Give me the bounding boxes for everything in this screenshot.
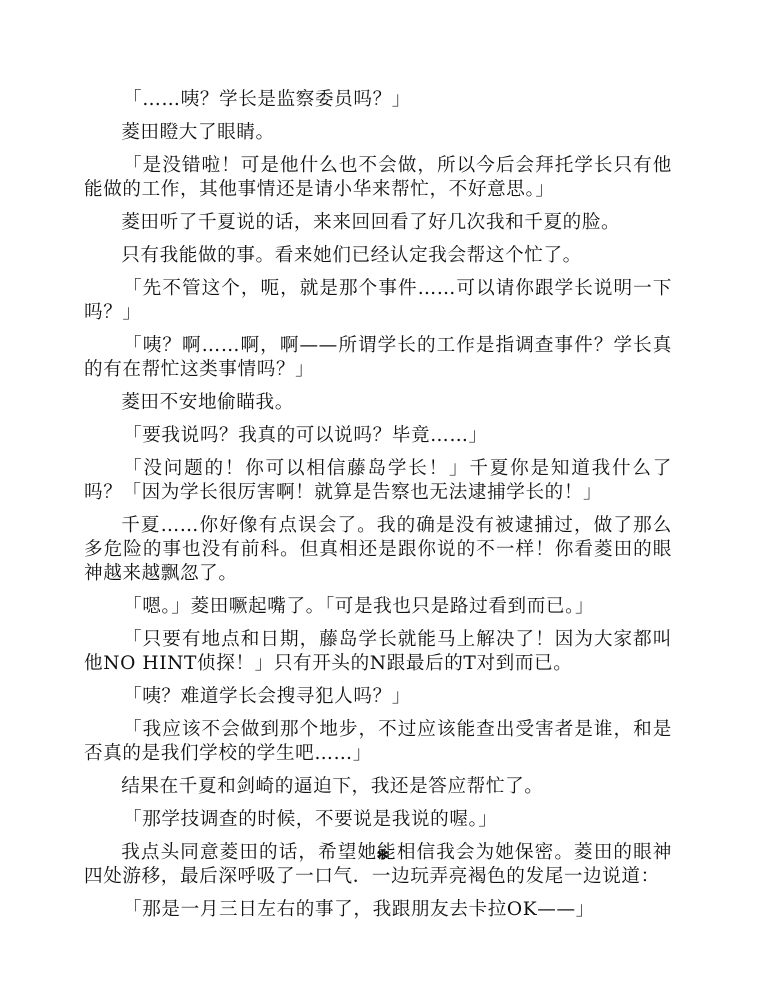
paragraph: 「只要有地点和日期，藤岛学长就能马上解决了！因为大家都叫他NO HINT侦探！」… (84, 628, 672, 676)
paragraph: 「要我说吗？我真的可以说吗？毕竟……」 (84, 424, 672, 448)
paragraph: 「先不管这个，呃，就是那个事件……可以请你跟学长说明一下吗？」 (84, 277, 672, 325)
paragraph: 「……咦？学长是监察委员吗？」 (84, 88, 672, 112)
paragraph: 「咦？难道学长会搜寻犯人吗？」 (84, 685, 672, 709)
paragraph: 千夏……你好像有点误会了。我的确是没有被逮捕过，做了那么多危险的事也没有前科。但… (84, 514, 672, 586)
paragraph: 菱田听了千夏说的话，来来回回看了好几次我和千夏的脸。 (84, 211, 672, 235)
document-page: 「……咦？学长是监察委员吗？」 菱田瞪大了眼睛。 「是没错啦！可是他什么也不会做… (84, 88, 672, 931)
paragraph: 只有我能做的事。看来她们已经认定我会帮这个忙了。 (84, 244, 672, 268)
paragraph: 「是没错啦！可是他什么也不会做，所以今后会拜托学长只有他能做的工作，其他事情还是… (84, 154, 672, 202)
paragraph: 「咦？啊……啊，啊——所谓学长的工作是指调查事件？学长真的有在帮忙这类事情吗？」 (84, 334, 672, 382)
section-break: * (0, 846, 765, 872)
paragraph: 菱田瞪大了眼睛。 (84, 121, 672, 145)
paragraph: 「那是一月三日左右的事了，我跟朋友去卡拉OK——」 (84, 898, 672, 922)
paragraph: 「没问题的！你可以相信藤岛学长！」千夏你是知道我什么了吗？「因为学长很厉害啊！就… (84, 457, 672, 505)
paragraph: 「那学技调查的时候，不要说是我说的喔。」 (84, 808, 672, 832)
paragraph: 结果在千夏和剑崎的逼迫下，我还是答应帮忙了。 (84, 775, 672, 799)
paragraph: 菱田不安地偷瞄我。 (84, 391, 672, 415)
paragraph: 「我应该不会做到那个地步，不过应该能查出受害者是谁，和是否真的是我们学校的学生吧… (84, 718, 672, 766)
paragraph: 「嗯。」菱田噘起嘴了。「可是我也只是路过看到而已。」 (84, 595, 672, 619)
